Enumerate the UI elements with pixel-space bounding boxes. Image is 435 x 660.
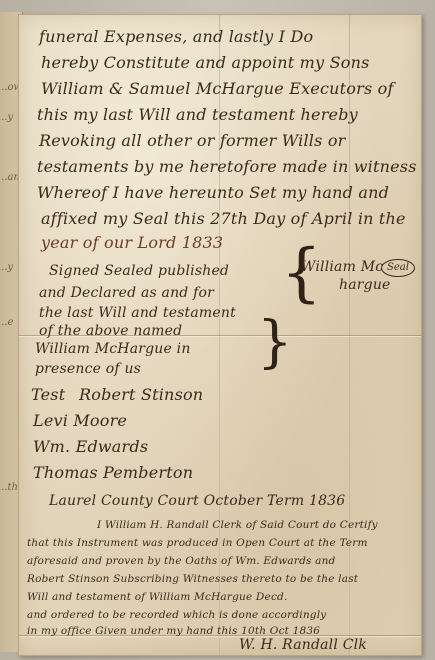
will-line: hereby Constitute and appoint my Sons xyxy=(41,53,370,72)
prev-page-fragment: ...y xyxy=(0,112,13,123)
will-line: Revoking all other or former Wills or xyxy=(39,131,346,150)
probate-line: and ordered to be recorded which is done… xyxy=(27,609,326,621)
attestation-line: William McHargue in xyxy=(35,341,191,357)
probate-line: Robert Stinson Subscribing Witnesses the… xyxy=(27,573,358,585)
will-line: testaments by me heretofore made in witn… xyxy=(37,157,417,176)
prev-page-fragment: ...th xyxy=(0,482,18,493)
attestation-line: Signed Sealed published xyxy=(49,263,229,279)
witness-test-label: Test xyxy=(31,385,65,404)
attestation-line: presence of us xyxy=(35,361,141,377)
attestation-brace: { xyxy=(257,315,293,371)
probate-line: I William H. Randall Clerk of Said Court… xyxy=(97,519,378,531)
signature-line: William Mc xyxy=(301,259,383,275)
attestation-line: and Declared as and for xyxy=(39,285,214,301)
witness-name: Robert Stinson xyxy=(79,385,203,404)
seal-mark: Seal xyxy=(381,259,415,277)
probate-line: that this Instrument was produced in Ope… xyxy=(27,537,368,549)
manuscript-page: funeral Expenses, and lastly I Do hereby… xyxy=(18,14,422,656)
witness-name: Wm. Edwards xyxy=(33,437,148,456)
probate-line: Will and testament of William McHargue D… xyxy=(27,591,288,603)
clerk-signature: W. H. Randall Clk xyxy=(239,637,367,653)
will-line: this my last Will and testament hereby xyxy=(37,105,358,124)
attestation-line: of the above named xyxy=(39,323,182,339)
will-line: Whereof I have hereunto Set my hand and xyxy=(37,183,389,202)
prev-page-fragment: ...e xyxy=(0,317,13,328)
attestation-line: the last Will and testament xyxy=(39,305,236,321)
probate-heading: Laurel County Court October Term 1836 xyxy=(49,493,345,509)
witness-name: Thomas Pemberton xyxy=(33,463,193,482)
probate-line: in my office Given under my hand this 10… xyxy=(27,625,320,637)
probate-line: aforesaid and proven by the Oaths of Wm.… xyxy=(27,555,335,567)
prev-page-fragment: ...y xyxy=(0,262,13,273)
will-line: William & Samuel McHargue Executors of xyxy=(41,79,394,98)
will-line: funeral Expenses, and lastly I Do xyxy=(39,27,313,46)
witness-name: Levi Moore xyxy=(33,411,127,430)
will-line: year of our Lord 1833 xyxy=(41,233,223,252)
will-line: affixed my Seal this 27th Day of April i… xyxy=(41,209,406,228)
signature-line: hargue xyxy=(339,277,391,293)
